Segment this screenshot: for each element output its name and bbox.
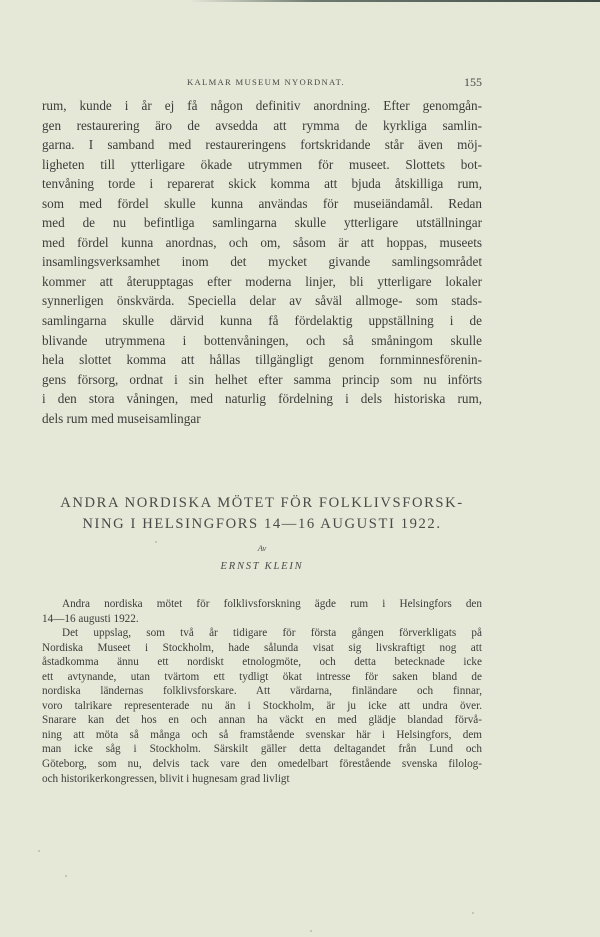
text-line: dels rum med museisamlingar	[42, 409, 482, 429]
paper-speck	[155, 541, 157, 543]
running-head: KALMAR MUSEUM NYORDNAT. 155	[42, 75, 482, 89]
text-line: hela slottet komma att hållas tillgängli…	[42, 350, 482, 370]
continued-paragraph: rum, kunde i år ej få någon definitiv an…	[42, 96, 482, 428]
text-line: ligheten till ytterligare ökade utrymmen…	[42, 155, 482, 175]
text-line: och historikerkongressen, blivit i hugne…	[42, 772, 482, 787]
text-line: man icke såg i Stockholm. Särskilt gälle…	[42, 742, 482, 757]
text-line: gen restaurering äro de avsedda att rymm…	[42, 116, 482, 136]
text-line: tenvåning torde i reparerat skick komma …	[42, 174, 482, 194]
text-line: Göteborg, som nu, delvis tack vare den o…	[42, 757, 482, 772]
text-line: insamlingsverksamhet inom det mycket giv…	[42, 252, 482, 272]
paper-speck	[65, 875, 67, 877]
text-line: Det uppslag, som två år tidigare för för…	[42, 626, 482, 641]
text-line: med fördel kunna anordnas, och om, såsom…	[42, 233, 482, 253]
text-line: Nordiska Museet i Stockholm, hade sålund…	[42, 641, 482, 656]
text-line: garna. I samband med restaureringens for…	[42, 135, 482, 155]
text-line: i den stora våningen, med naturlig förde…	[42, 389, 482, 409]
article-title-line: NING I HELSINGFORS 14—16 AUGUSTI 1922.	[42, 514, 482, 535]
text-line: kommer att återupptagas efter moderna li…	[42, 272, 482, 292]
article-title: ANDRA NORDISKA MÖTET FÖR FOLKLIVSFORSK- …	[42, 493, 482, 535]
article-body: Andra nordiska mötet för folklivsforskni…	[42, 597, 482, 786]
byline-author: ERNST KLEIN	[42, 561, 482, 572]
paper-speck	[38, 850, 40, 852]
text-line: Andra nordiska mötet för folklivsforskni…	[42, 597, 482, 612]
text-line: voro talrikare representerade nu än i St…	[42, 699, 482, 714]
text-line: Snarare kan det hos en och annan ha väck…	[42, 713, 482, 728]
text-line: gens försorg, ordnat i sin helhet efter …	[42, 370, 482, 390]
running-title: KALMAR MUSEUM NYORDNAT.	[42, 77, 482, 87]
byline-label: Av	[42, 543, 482, 553]
text-line: blivande utrymmena i bottenvåningen, och…	[42, 331, 482, 351]
text-line: 14—16 augusti 1922.	[42, 612, 482, 627]
paper-speck	[472, 912, 474, 914]
text-line: nordiska ländernas folklivsforskare. Att…	[42, 684, 482, 699]
text-line: åstadkomma ännu ett nordiskt etnologmöte…	[42, 655, 482, 670]
article-title-line: ANDRA NORDISKA MÖTET FÖR FOLKLIVSFORSK-	[42, 493, 482, 514]
text-line: med de nu befintliga samlingarna skulle …	[42, 213, 482, 233]
scan-top-edge	[190, 0, 600, 2]
text-line: rum, kunde i år ej få någon definitiv an…	[42, 96, 482, 116]
text-line: ett avtynande, utan tvärtom ett tydligt …	[42, 670, 482, 685]
text-line: som med fördel skulle kunna användas för…	[42, 194, 482, 214]
page-number: 155	[464, 75, 482, 90]
text-line: synnerligen önskvärda. Speciella delar a…	[42, 291, 482, 311]
paper-speck	[310, 930, 312, 932]
text-line: samlingarna skulle därvid kunna få förde…	[42, 311, 482, 331]
text-line: ning att möta så många och så framståend…	[42, 728, 482, 743]
